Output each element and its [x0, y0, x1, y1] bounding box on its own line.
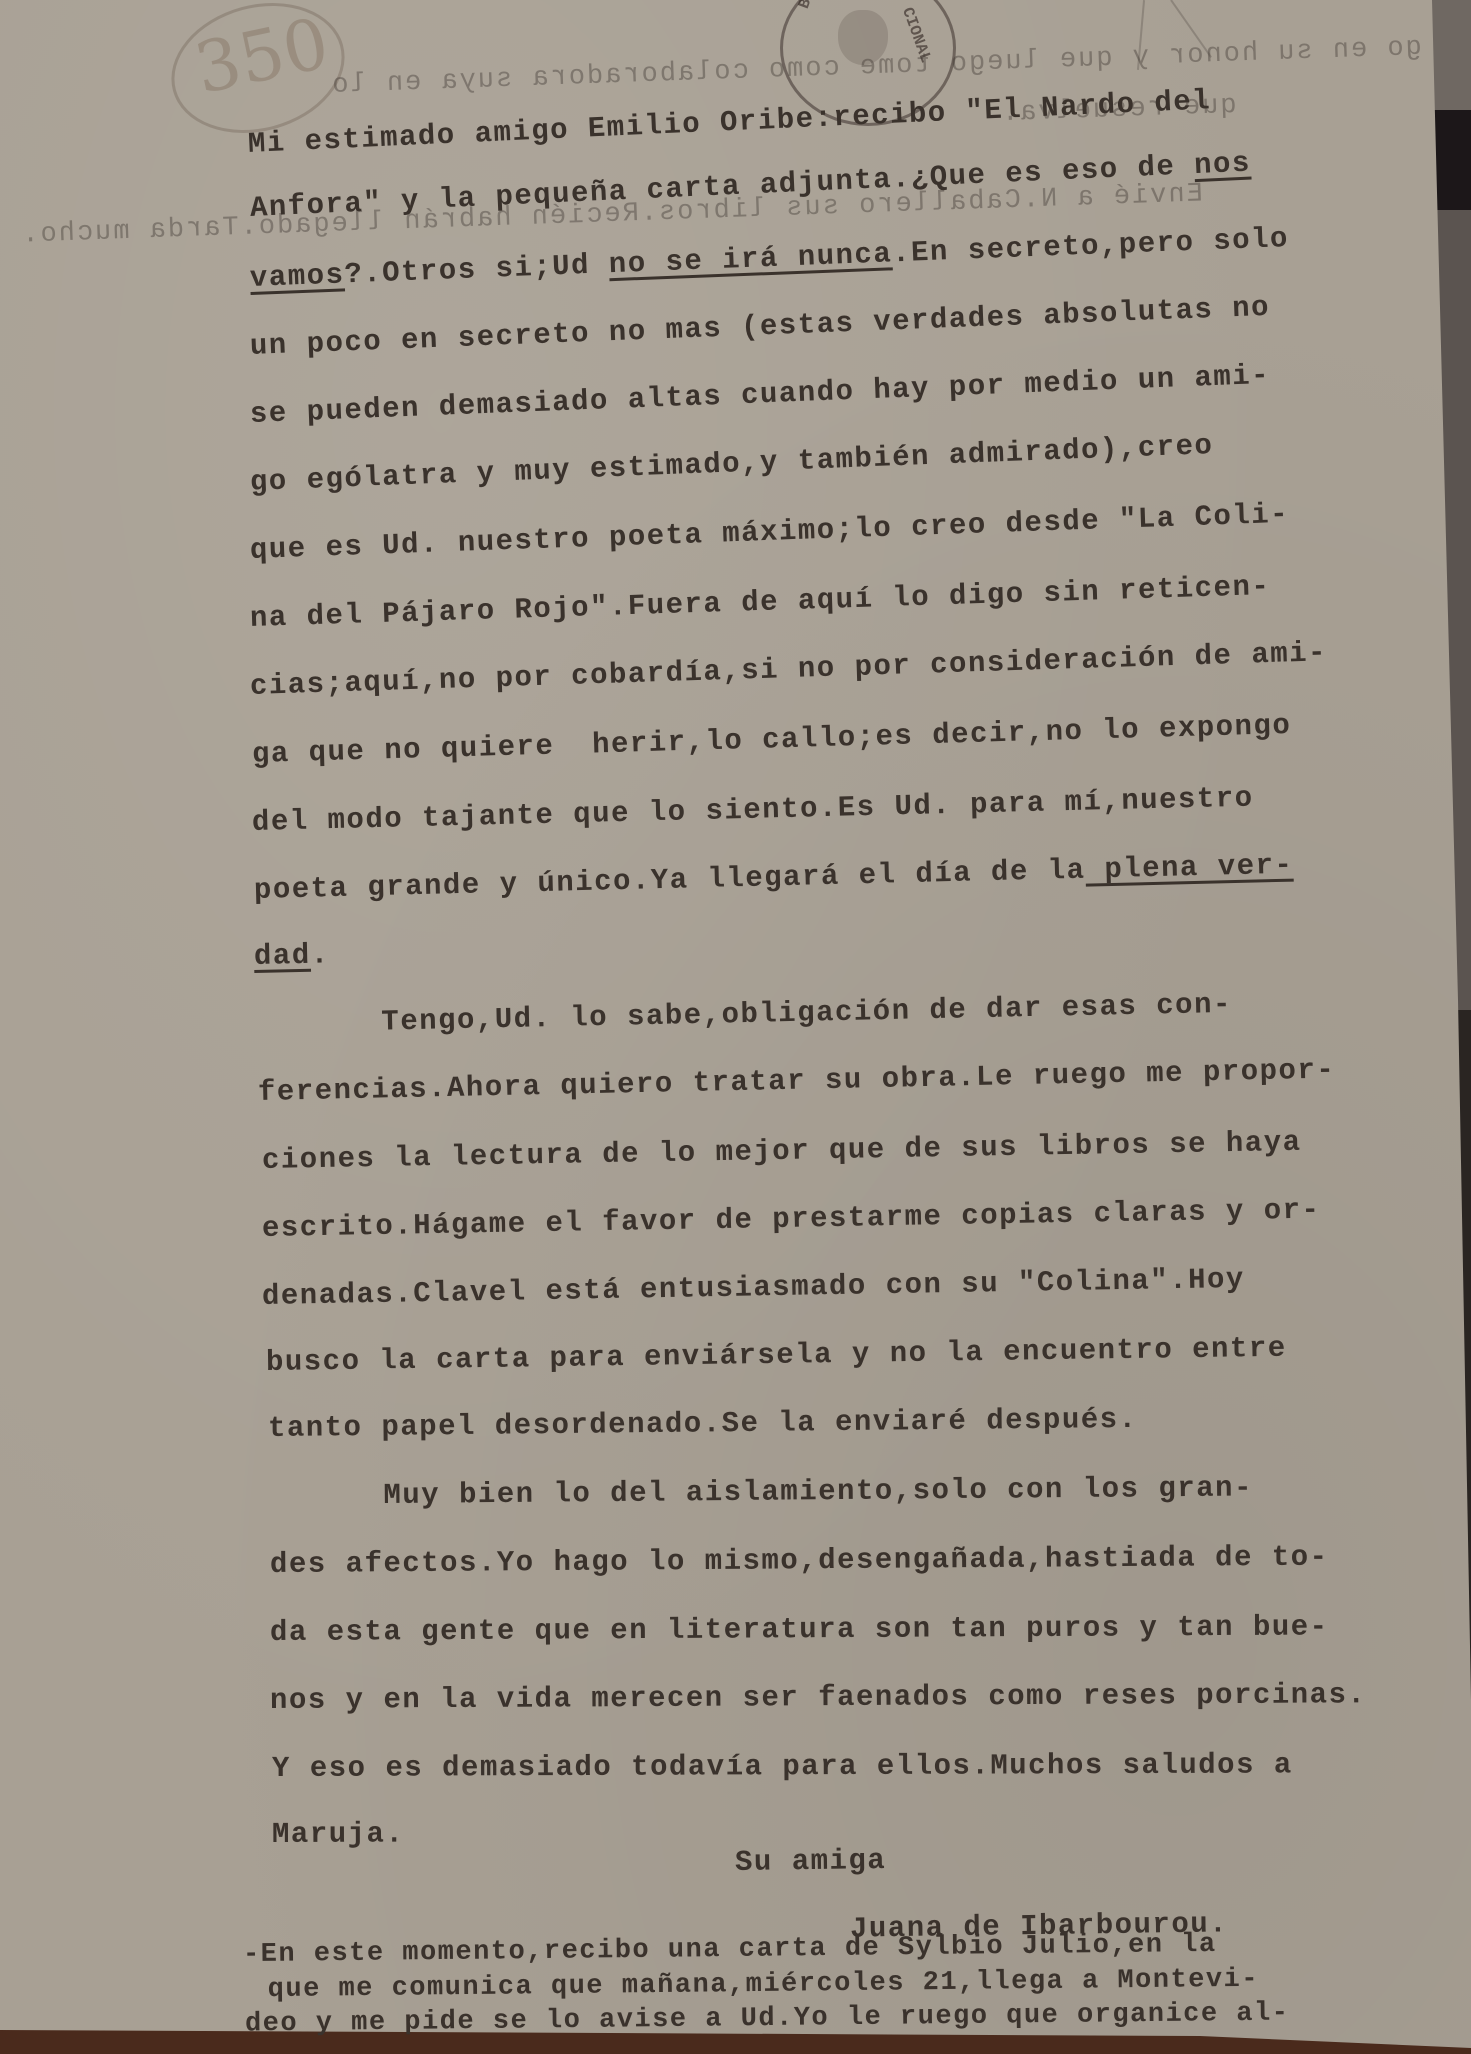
letter-line: Maruja.	[272, 1818, 404, 1851]
underlined-text: dad	[254, 939, 311, 973]
underlined-text: vamos	[249, 258, 345, 295]
letter-line: da esta gente que en literatura son tan …	[270, 1610, 1329, 1649]
underlined-text: plena ver-	[1085, 849, 1294, 887]
letter-line: dad.	[254, 938, 330, 973]
underlined-text: nos	[1193, 147, 1251, 183]
letter-line: nos y en la vida merecen ser faenados co…	[270, 1678, 1367, 1717]
text-segment: .	[310, 938, 330, 971]
letter-closing: Su amiga	[735, 1844, 887, 1879]
letter-line: Y eso es demasiado todavía para ellos.Mu…	[272, 1748, 1293, 1785]
